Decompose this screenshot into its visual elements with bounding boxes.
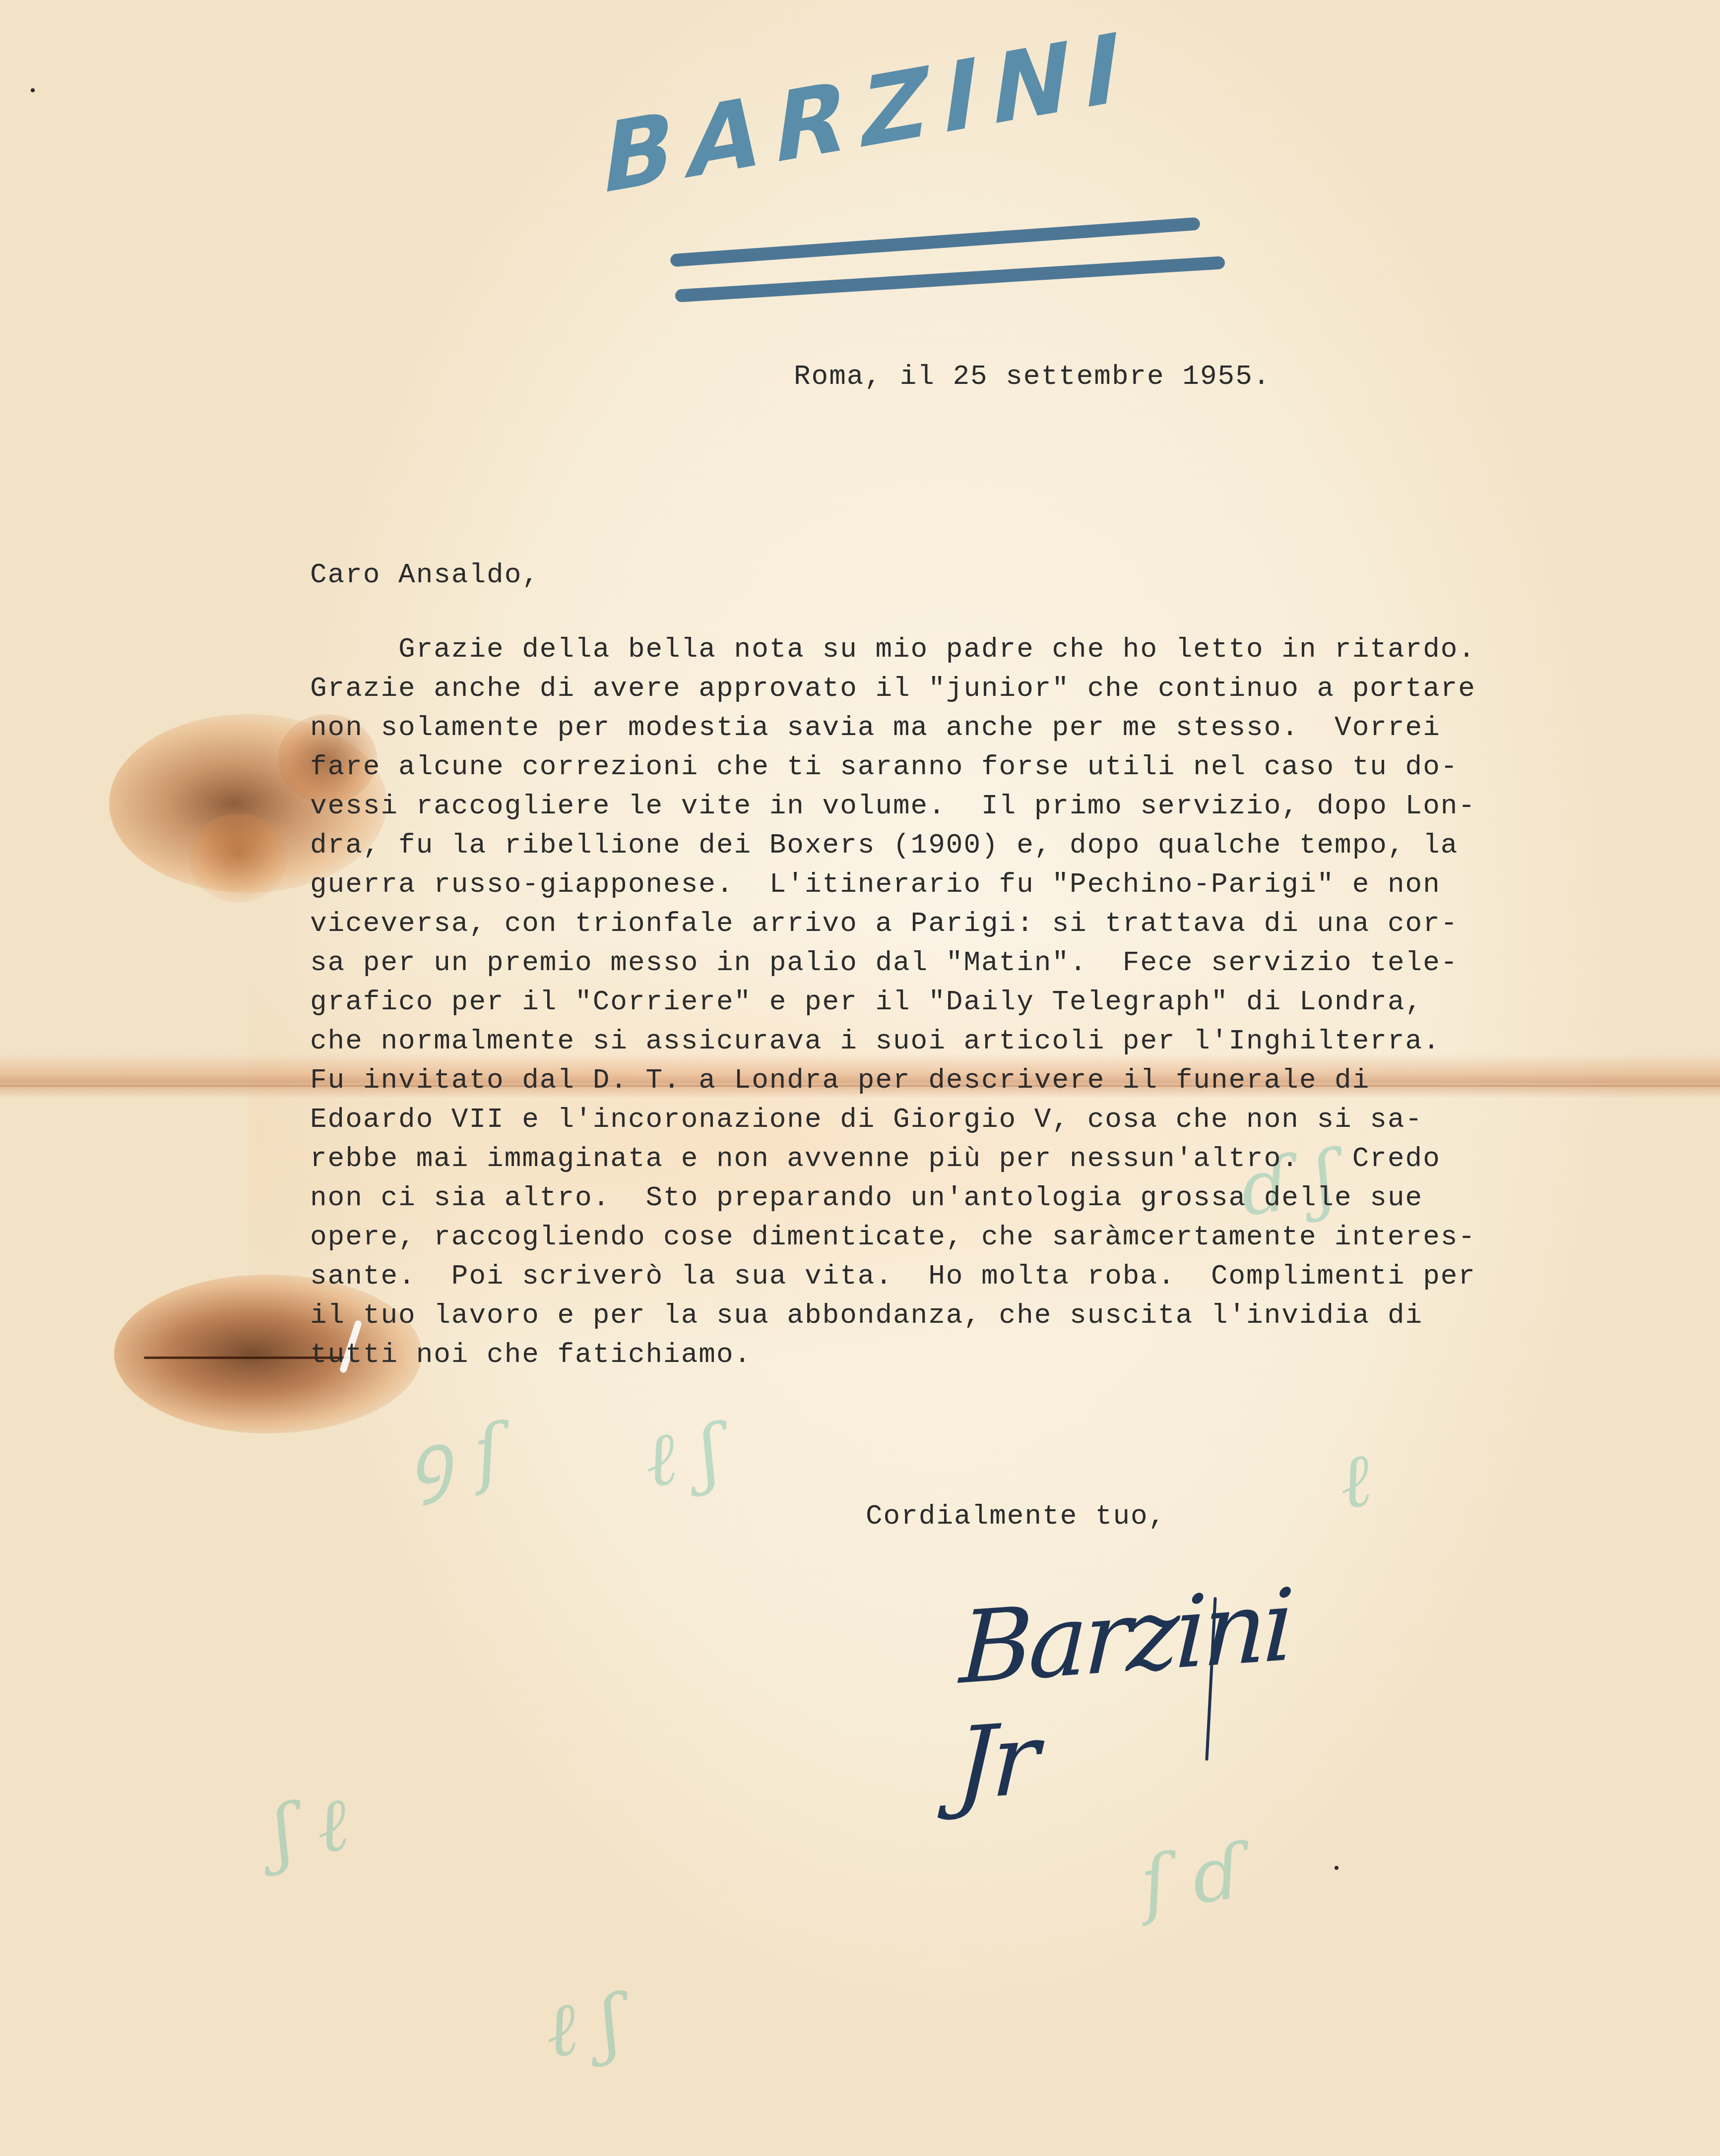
body-line: vessi raccogliere le vite in volume. Il … xyxy=(310,787,1476,826)
date-line: Roma, il 25 settembre 1955. xyxy=(794,357,1271,396)
body-line: Edoardo VII e l'incoronazione di Giorgio… xyxy=(310,1100,1476,1139)
letter-body: Grazie della bella nota su mio padre che… xyxy=(310,630,1476,1374)
body-line: sante. Poi scriverò la sua vita. Ho molt… xyxy=(310,1257,1476,1296)
bleed-through-mark: ℓ ʃ xyxy=(639,1409,726,1504)
body-line: Grazie della bella nota su mio padre che… xyxy=(310,630,1476,669)
bleed-through-mark: ꝯ ſ xyxy=(400,1398,509,1511)
bleed-through-mark: ʃ ℓ xyxy=(267,1781,354,1876)
body-line: guerra russo-giapponese. L'itinerario fu… xyxy=(310,865,1476,904)
body-line: non solamente per modestia savia ma anch… xyxy=(310,708,1476,747)
burn-stain-upper-drip xyxy=(189,813,288,903)
body-line: non ci sia altro. Sto preparando un'anto… xyxy=(310,1178,1476,1218)
body-line: sa per un premio messo in palio dal "Mat… xyxy=(310,943,1476,983)
body-line: fare alcune correzioni che ti saranno fo… xyxy=(310,747,1476,787)
heading-underline xyxy=(670,217,1200,267)
body-line: tutti noi che fatichiamo. xyxy=(310,1335,1476,1374)
heading-underline xyxy=(675,256,1225,303)
signature-text: Barzini Jr xyxy=(954,1563,1358,1823)
salutation: Caro Ansaldo, xyxy=(310,555,540,595)
body-line: opere, raccogliendo cose dimenticate, ch… xyxy=(310,1218,1476,1257)
letter-page: ꝯ ſ ℓ ʃ ɗ ʃ ℓ ʃ ℓ ſ ɗ ℓ ʃ BARZINI Roma, … xyxy=(0,0,1720,2156)
body-line: che normalmente si assicurava i suoi art… xyxy=(310,1022,1476,1061)
body-line: Grazie anche di avere approvato il "juni… xyxy=(310,669,1476,708)
paper-speck xyxy=(31,88,35,92)
paper-speck xyxy=(1335,1866,1338,1870)
body-line: viceversa, con trionfale arrivo a Parigi… xyxy=(310,904,1476,943)
body-line: dra, fu la ribellione dei Boxers (1900) … xyxy=(310,826,1476,865)
heading-text: BARZINI xyxy=(595,8,1142,216)
signature: Barzini Jr xyxy=(957,1557,1354,1766)
body-line: grafico per il "Corriere" e per il "Dail… xyxy=(310,983,1476,1022)
body-line: rebbe mai immaginata e non avvenne più p… xyxy=(310,1139,1476,1178)
bleed-through-mark: ℓ ʃ xyxy=(540,1979,627,2075)
body-line: il tuo lavoro e per la sua abbondanza, c… xyxy=(310,1296,1476,1335)
closing: Cordialmente tuo, xyxy=(866,1497,1166,1536)
bleed-through-mark: ſ ɗ xyxy=(1136,1829,1249,1928)
bleed-through-mark: ℓ xyxy=(1334,1436,1376,1526)
handwritten-heading: BARZINI xyxy=(580,107,1225,305)
body-line: Fu invitato dal D. T. a Londra per descr… xyxy=(310,1061,1476,1100)
